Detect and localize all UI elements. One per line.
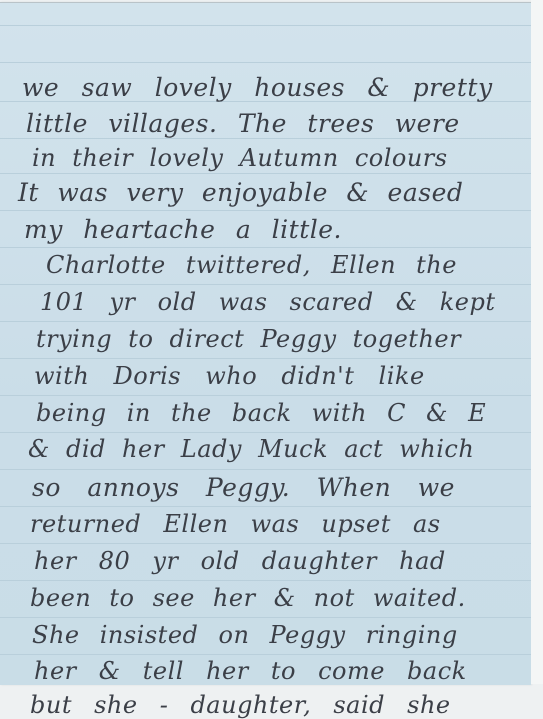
text-line: my heartache a little.	[24, 217, 342, 242]
text-line: being in the back with C & E	[36, 401, 486, 425]
ruled-line	[0, 469, 531, 470]
text-line: we saw lovely houses & pretty	[22, 75, 493, 100]
text-line: with Doris who didn't like	[34, 364, 425, 388]
ruled-line	[0, 580, 531, 581]
ruled-line	[0, 432, 531, 433]
ruled-line	[0, 321, 531, 322]
text-line: in their lovely Autumn colours	[32, 146, 448, 170]
ruled-line	[0, 247, 531, 248]
ruled-line	[0, 395, 531, 396]
text-line: It was very enjoyable & eased	[18, 180, 463, 205]
ruled-line	[0, 62, 531, 63]
ruled-line	[0, 358, 531, 359]
ruled-line	[0, 173, 531, 174]
text-line: Charlotte twittered, Ellen the	[46, 253, 457, 277]
ruled-line	[0, 543, 531, 544]
text-line: so annoys Peggy. When we	[32, 475, 455, 500]
ruled-line	[0, 25, 531, 26]
text-line: 101 yr old was scared & kept	[40, 290, 496, 314]
letter-page: we saw lovely houses & pretty little vil…	[0, 2, 531, 684]
text-line: She insisted on Peggy ringing	[32, 623, 458, 647]
text-line: returned Ellen was upset as	[30, 512, 441, 536]
text-line: little villages. The trees were	[26, 111, 460, 136]
text-line: trying to direct Peggy together	[36, 327, 461, 351]
text-line: her 80 yr old daughter had	[34, 549, 446, 573]
scan-margin	[531, 0, 543, 684]
ruled-line	[0, 138, 531, 139]
ruled-line	[0, 284, 531, 285]
text-line: her & tell her to come back	[34, 659, 467, 683]
ruled-line	[0, 617, 531, 618]
text-line: & did her Lady Muck act which	[28, 437, 474, 461]
ruled-line	[0, 506, 531, 507]
text-line: been to see her & not waited.	[30, 586, 466, 610]
ruled-line	[0, 210, 531, 211]
ruled-line	[0, 654, 531, 655]
